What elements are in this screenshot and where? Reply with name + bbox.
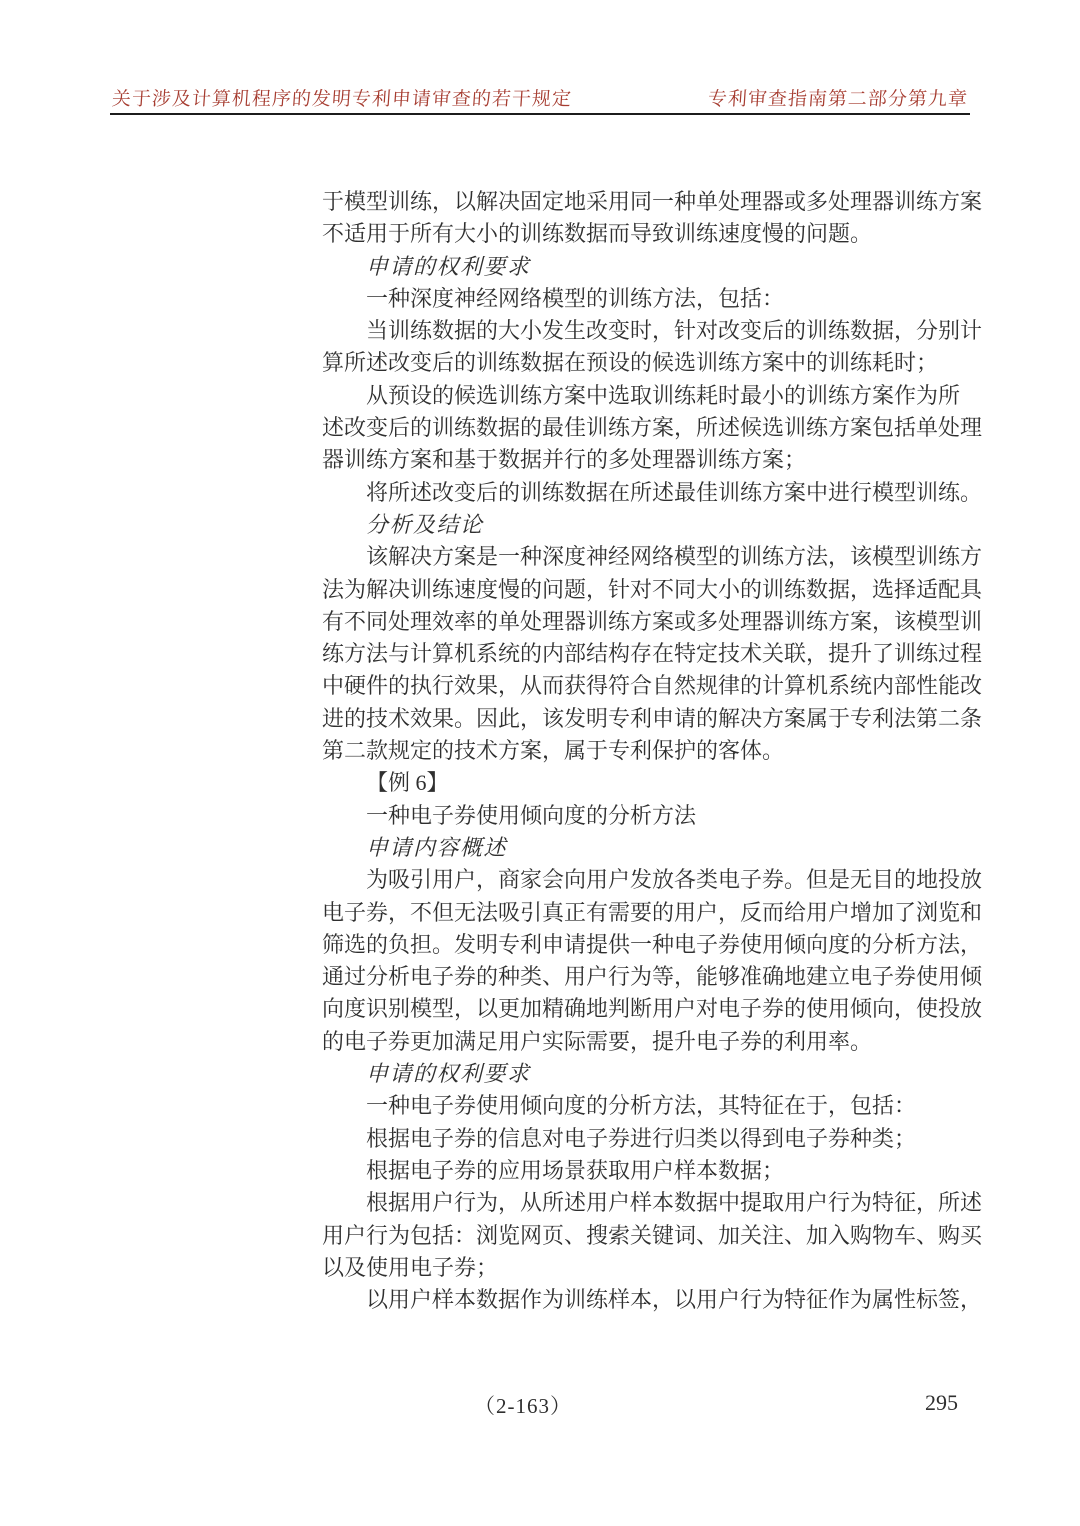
body-line: 一种深度神经网络模型的训练方法，包括： [322,283,988,315]
body-line: 练方法与计算机系统的内部结构存在特定技术关联，提升了训练过程 [322,638,988,670]
body-line: 根据用户行为，从所述用户样本数据中提取用户行为特征，所述 [322,1187,988,1219]
body-line: 述改变后的训练数据的最佳训练方案，所述候选训练方案包括单处理 [322,412,988,444]
header-title-left: 关于涉及计算机程序的发明专利申请审查的若干规定 [111,84,573,111]
body-line: 申请内容概述 [322,832,988,864]
body-line: 从预设的候选训练方案中选取训练耗时最小的训练方案作为所 [322,380,988,412]
page-footer: （2-163） 295 [0,1390,1080,1424]
body-line: 用户行为包括：浏览网页、搜索关键词、加关注、加入购物车、购买 [322,1220,988,1252]
body-line: 根据电子券的应用场景获取用户样本数据； [322,1155,988,1187]
header-rule [110,113,970,115]
body-line: 中硬件的执行效果，从而获得符合自然规律的计算机系统内部性能改 [322,670,988,702]
body-line: 进的技术效果。因此，该发明专利申请的解决方案属于专利法第二条 [322,703,988,735]
body-line: 将所述改变后的训练数据在所述最佳训练方案中进行模型训练。 [322,477,988,509]
body-line: 【例 6】 [322,767,988,799]
body-line: 通过分析电子券的种类、用户行为等，能够准确地建立电子券使用倾 [322,961,988,993]
body-line: 法为解决训练速度慢的问题，针对不同大小的训练数据，选择适配具 [322,574,988,606]
body-line: 申请的权利要求 [322,251,988,283]
footer-section-number: （2-163） [474,1390,572,1420]
page-header: 关于涉及计算机程序的发明专利申请审查的若干规定 专利审查指南第二部分第九章 [112,84,968,111]
body-line: 以用户样本数据作为训练样本，以用户行为特征作为属性标签， [322,1284,988,1316]
document-body: 于模型训练，以解决固定地采用同一种单处理器或多处理器训练方案不适用于所有大小的训… [322,186,988,1316]
body-line: 有不同处理效率的单处理器训练方案或多处理器训练方案，该模型训 [322,606,988,638]
body-line: 筛选的负担。发明专利申请提供一种电子券使用倾向度的分析方法， [322,929,988,961]
footer-page-number: 295 [925,1390,958,1416]
body-line: 申请的权利要求 [322,1058,988,1090]
body-line: 分析及结论 [322,509,988,541]
body-line: 的电子券更加满足用户实际需要，提升电子券的利用率。 [322,1026,988,1058]
body-line: 该解决方案是一种深度神经网络模型的训练方法，该模型训练方 [322,541,988,573]
body-line: 为吸引用户，商家会向用户发放各类电子券。但是无目的地投放 [322,864,988,896]
header-title-right: 专利审查指南第二部分第九章 [707,84,969,111]
body-line: 一种电子券使用倾向度的分析方法 [322,800,988,832]
body-line: 一种电子券使用倾向度的分析方法，其特征在于，包括： [322,1090,988,1122]
document-page: 关于涉及计算机程序的发明专利申请审查的若干规定 专利审查指南第二部分第九章 于模… [0,0,1080,1526]
body-line: 当训练数据的大小发生改变时，针对改变后的训练数据，分别计 [322,315,988,347]
body-line: 电子券，不但无法吸引真正有需要的用户，反而给用户增加了浏览和 [322,897,988,929]
body-line: 第二款规定的技术方案，属于专利保护的客体。 [322,735,988,767]
body-line: 于模型训练，以解决固定地采用同一种单处理器或多处理器训练方案 [322,186,988,218]
body-line: 器训练方案和基于数据并行的多处理器训练方案； [322,444,988,476]
body-line: 根据电子券的信息对电子券进行归类以得到电子券种类； [322,1123,988,1155]
body-line: 不适用于所有大小的训练数据而导致训练速度慢的问题。 [322,218,988,250]
body-line: 向度识别模型，以更加精确地判断用户对电子券的使用倾向，使投放 [322,993,988,1025]
body-line: 算所述改变后的训练数据在预设的候选训练方案中的训练耗时； [322,347,988,379]
body-line: 以及使用电子券； [322,1252,988,1284]
